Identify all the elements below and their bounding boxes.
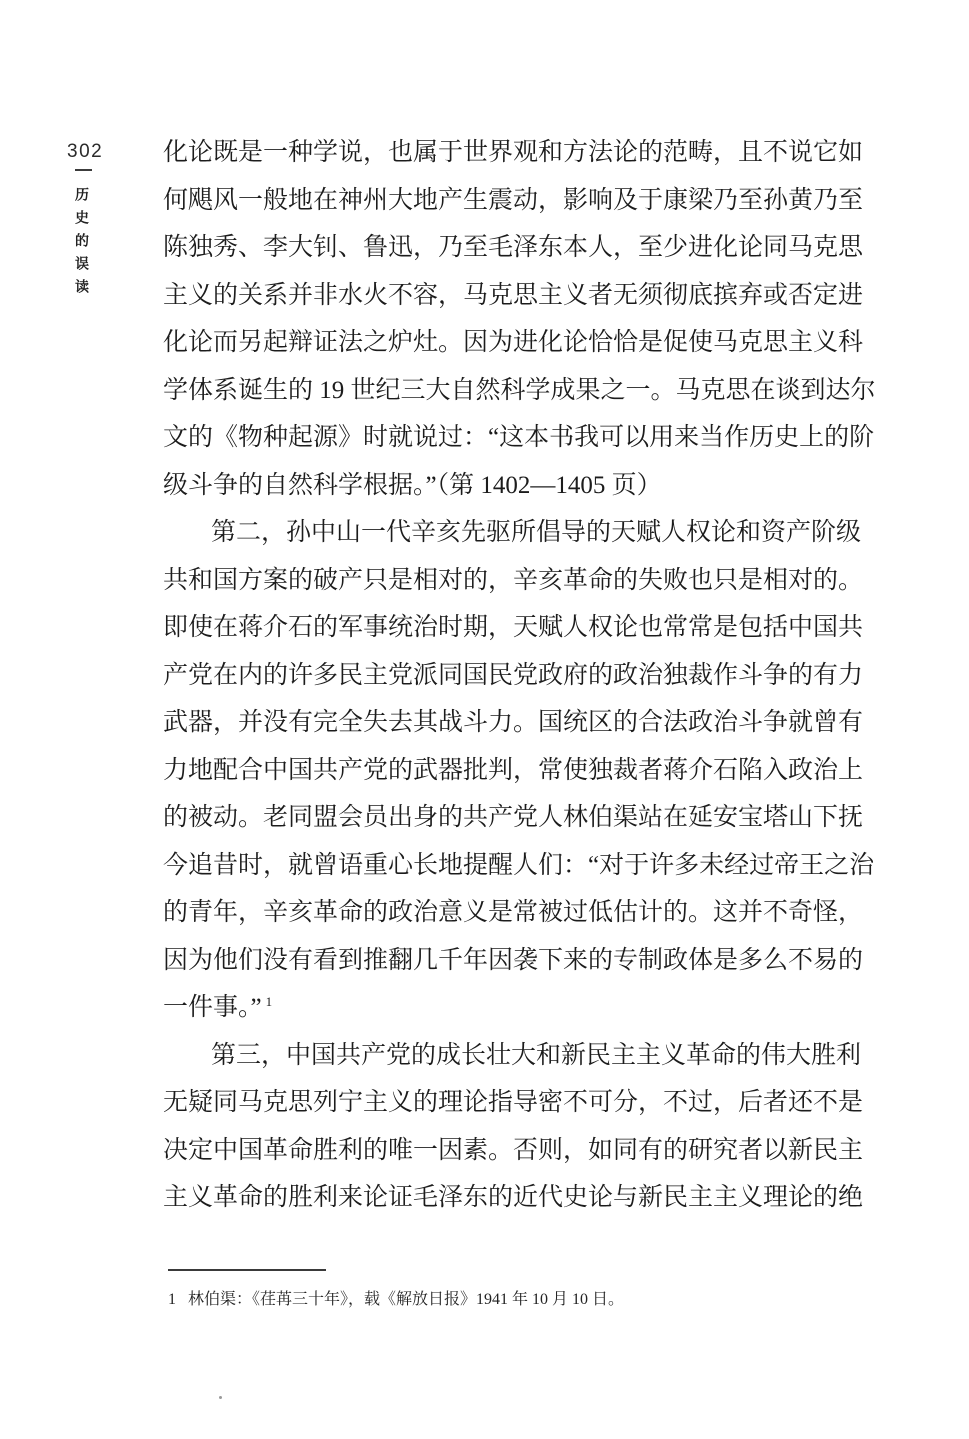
text-line: 决定中国革命胜利的唯一因素。否则，如同有的研究者以新民主	[163, 1127, 858, 1175]
text-line: 即使在蒋介石的军事统治时期，天赋人权论也常常是包括中国共	[163, 604, 858, 652]
text-line: 一件事。”	[163, 994, 262, 1021]
text-line: 的青年，辛亥革命的政治意义是常被过低估计的。这并不奇怪，	[163, 889, 858, 937]
book-page: 302 历史的误读 化论既是一种学说，也属于世界观和方法论的范畴，且不说它如 何…	[0, 0, 969, 1439]
text-line: 力地配合中国共产党的武器批判，常使独裁者蒋介石陷入政治上	[163, 747, 858, 795]
text-line: 产党在内的许多民主党派同国民党政府的政治独裁作斗争的有力	[163, 652, 858, 700]
text-line: 共和国方案的破产只是相对的，辛亥革命的失败也只是相对的。	[163, 557, 858, 605]
footnote-text: 林伯渠：《荏苒三十年》，载《解放日报》1941 年 10 月 10 日。	[188, 1291, 624, 1308]
margin-header: 302 历史的误读	[0, 0, 150, 400]
text-line: 化论而另起辩证法之炉灶。因为进化论恰恰是促使马克思主义科	[163, 319, 858, 367]
footnote-marker: 1	[168, 1291, 176, 1308]
text-line: 无疑同马克思列宁主义的理论指导密不可分，不过，后者还不是	[163, 1079, 858, 1127]
paragraph-start-line: 第二，孙中山一代辛亥先驱所倡导的天赋人权论和资产阶级	[163, 509, 858, 557]
footnote-separator	[168, 1269, 326, 1271]
text-line: 化论既是一种学说，也属于世界观和方法论的范畴，且不说它如	[163, 129, 858, 177]
text-line: 何飓风一般地在神州大地产生震动，影响及于康梁乃至孙黄乃至	[163, 177, 858, 225]
book-title-vertical: 历史的误读	[70, 187, 90, 302]
text-line: 今追昔时，就曾语重心长地提醒人们：“对于许多未经过帝王之治	[163, 842, 858, 890]
scan-artifact-dot	[219, 1396, 222, 1399]
text-line: 主义革命的胜利来论证毛泽东的近代史论与新民主主义理论的绝	[163, 1174, 858, 1222]
page-number: 302	[67, 141, 103, 163]
footnote-reference: 1	[262, 994, 273, 1009]
body-text: 化论既是一种学说，也属于世界观和方法论的范畴，且不说它如 何飓风一般地在神州大地…	[163, 129, 858, 1222]
margin-divider	[75, 169, 92, 171]
text-line: 文的《物种起源》时就说过：“这本书我可以用来当作历史上的阶	[163, 414, 858, 462]
text-line-with-footnote-ref: 一件事。”1	[163, 984, 858, 1032]
text-line: 级斗争的自然科学根据。”（第 1402—1405 页）	[163, 462, 858, 510]
text-line: 主义的关系并非水火不容，马克思主义者无须彻底摈弃或否定进	[163, 272, 858, 320]
text-line: 陈独秀、李大钊、鲁迅，乃至毛泽东本人，至少进化论同马克思	[163, 224, 858, 272]
text-line: 学体系诞生的 19 世纪三大自然科学成果之一。马克思在谈到达尔	[163, 367, 858, 415]
text-line: 的被动。老同盟会员出身的共产党人林伯渠站在延安宝塔山下抚	[163, 794, 858, 842]
text-line: 因为他们没有看到推翻几千年因袭下来的专制政体是多么不易的	[163, 937, 858, 985]
paragraph-start-line: 第三，中国共产党的成长壮大和新民主主义革命的伟大胜利	[163, 1032, 858, 1080]
footnote: 1林伯渠：《荏苒三十年》，载《解放日报》1941 年 10 月 10 日。	[168, 1288, 808, 1312]
text-line: 武器，并没有完全失去其战斗力。国统区的合法政治斗争就曾有	[163, 699, 858, 747]
